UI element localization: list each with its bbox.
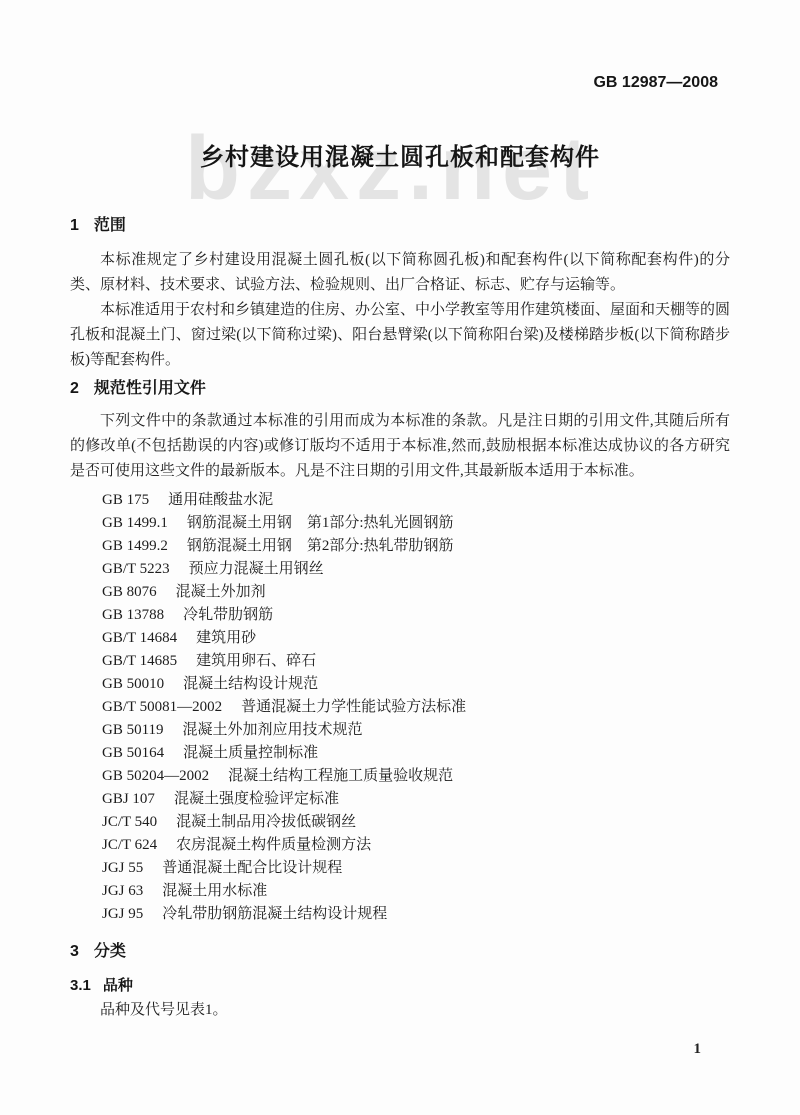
page-number: 1 [694, 1041, 702, 1058]
section-3-heading: 3分类 [70, 942, 730, 962]
reference-item: GB/T 5223预应力混凝土用钢丝 [102, 558, 730, 581]
reference-code: JC/T 624 [102, 837, 157, 853]
reference-code: GB 50164 [102, 745, 164, 761]
scope-paragraph-1: 本标准规定了乡村建设用混凝土圆孔板(以下简称圆孔板)和配套构件(以下简称配套构件… [70, 248, 730, 298]
reference-code: GB/T 50081—2002 [102, 699, 222, 715]
document-title: 乡村建设用混凝土圆孔板和配套构件 [70, 144, 730, 172]
reference-code: GB 1499.2 [102, 538, 168, 554]
reference-item: GB 1499.2钢筋混凝土用钢 第2部分:热轧带肋钢筋 [102, 535, 730, 558]
reference-item: GB 50119混凝土外加剂应用技术规范 [102, 719, 730, 742]
reference-title: 混凝土结构工程施工质量验收规范 [228, 768, 453, 784]
references-intro-paragraph: 下列文件中的条款通过本标准的引用而成为本标准的条款。凡是注日期的引用文件,其随后… [70, 409, 730, 484]
section-3-number: 3 [70, 943, 79, 960]
section-3-title: 分类 [94, 943, 126, 960]
reference-item: GB/T 14685建筑用卵石、碎石 [102, 650, 730, 673]
reference-title: 混凝土质量控制标准 [183, 745, 318, 761]
section-3-1-title: 品种 [103, 977, 133, 994]
reference-title: 混凝土用水标准 [162, 883, 267, 899]
section-2-title: 规范性引用文件 [94, 380, 206, 397]
reference-item: JGJ 95冷轧带肋钢筋混凝土结构设计规程 [102, 903, 730, 926]
reference-title: 混凝土结构设计规范 [183, 676, 318, 692]
reference-item: JC/T 624农房混凝土构件质量检测方法 [102, 834, 730, 857]
reference-title: 混凝土制品用冷拔低碳钢丝 [176, 814, 356, 830]
section-1-heading: 1范围 [70, 216, 730, 236]
reference-code: GB 50010 [102, 676, 164, 692]
section-1-title: 范围 [94, 217, 126, 234]
scope-paragraph-2: 本标准适用于农村和乡镇建造的住房、办公室、中小学教室等用作建筑楼面、屋面和天棚等… [70, 298, 730, 373]
reference-title: 钢筋混凝土用钢 第2部分:热轧带肋钢筋 [187, 538, 454, 554]
reference-code: GB 175 [102, 492, 149, 508]
reference-code: GB 50119 [102, 722, 164, 738]
reference-item: GB 50164混凝土质量控制标准 [102, 742, 730, 765]
reference-item: JC/T 540混凝土制品用冷拔低碳钢丝 [102, 811, 730, 834]
varieties-paragraph: 品种及代号见表1。 [70, 998, 730, 1023]
reference-code: GB 8076 [102, 584, 157, 600]
reference-title: 混凝土外加剂应用技术规范 [183, 722, 363, 738]
document-content: GB 12987—2008 乡村建设用混凝土圆孔板和配套构件 1范围 本标准规定… [70, 74, 730, 1023]
reference-title: 建筑用卵石、碎石 [196, 653, 316, 669]
reference-title: 混凝土外加剂 [176, 584, 266, 600]
reference-item: JGJ 55普通混凝土配合比设计规程 [102, 857, 730, 880]
reference-title: 混凝土强度检验评定标准 [174, 791, 339, 807]
reference-title: 通用硅酸盐水泥 [168, 492, 273, 508]
reference-item: GB 1499.1钢筋混凝土用钢 第1部分:热轧光圆钢筋 [102, 512, 730, 535]
reference-code: GB/T 14684 [102, 630, 177, 646]
section-3-1-number: 3.1 [70, 977, 91, 994]
reference-title: 普通混凝土力学性能试验方法标准 [241, 699, 466, 715]
reference-code: GB 13788 [102, 607, 164, 623]
section-3-1-heading: 3.1品种 [70, 976, 730, 996]
standard-code: GB 12987—2008 [70, 74, 730, 92]
section-2-number: 2 [70, 380, 79, 397]
reference-item: GB 50204—2002混凝土结构工程施工质量验收规范 [102, 765, 730, 788]
section-2-heading: 2规范性引用文件 [70, 379, 730, 399]
reference-code: JGJ 95 [102, 906, 143, 922]
reference-title: 钢筋混凝土用钢 第1部分:热轧光圆钢筋 [187, 515, 454, 531]
document-page: bzxz.net GB 12987—2008 乡村建设用混凝土圆孔板和配套构件 … [0, 0, 800, 1115]
reference-title: 普通混凝土配合比设计规程 [162, 860, 342, 876]
reference-item: GB 8076混凝土外加剂 [102, 581, 730, 604]
reference-item: GB/T 50081—2002普通混凝土力学性能试验方法标准 [102, 696, 730, 719]
section-1-number: 1 [70, 217, 79, 234]
reference-item: GB/T 14684建筑用砂 [102, 627, 730, 650]
reference-item: JGJ 63混凝土用水标准 [102, 880, 730, 903]
reference-code: GB/T 14685 [102, 653, 177, 669]
reference-code: JGJ 55 [102, 860, 143, 876]
reference-item: GB 50010混凝土结构设计规范 [102, 673, 730, 696]
reference-code: GB 50204—2002 [102, 768, 209, 784]
reference-title: 农房混凝土构件质量检测方法 [176, 837, 371, 853]
reference-item: GB 175通用硅酸盐水泥 [102, 489, 730, 512]
reference-title: 建筑用砂 [196, 630, 256, 646]
reference-code: GBJ 107 [102, 791, 155, 807]
references-list: GB 175通用硅酸盐水泥GB 1499.1钢筋混凝土用钢 第1部分:热轧光圆钢… [70, 489, 730, 926]
reference-title: 冷轧带肋钢筋混凝土结构设计规程 [162, 906, 387, 922]
reference-code: GB 1499.1 [102, 515, 168, 531]
reference-title: 冷轧带肋钢筋 [183, 607, 273, 623]
reference-code: GB/T 5223 [102, 561, 170, 577]
reference-code: JC/T 540 [102, 814, 157, 830]
reference-item: GB 13788冷轧带肋钢筋 [102, 604, 730, 627]
reference-title: 预应力混凝土用钢丝 [189, 561, 324, 577]
reference-item: GBJ 107混凝土强度检验评定标准 [102, 788, 730, 811]
reference-code: JGJ 63 [102, 883, 143, 899]
